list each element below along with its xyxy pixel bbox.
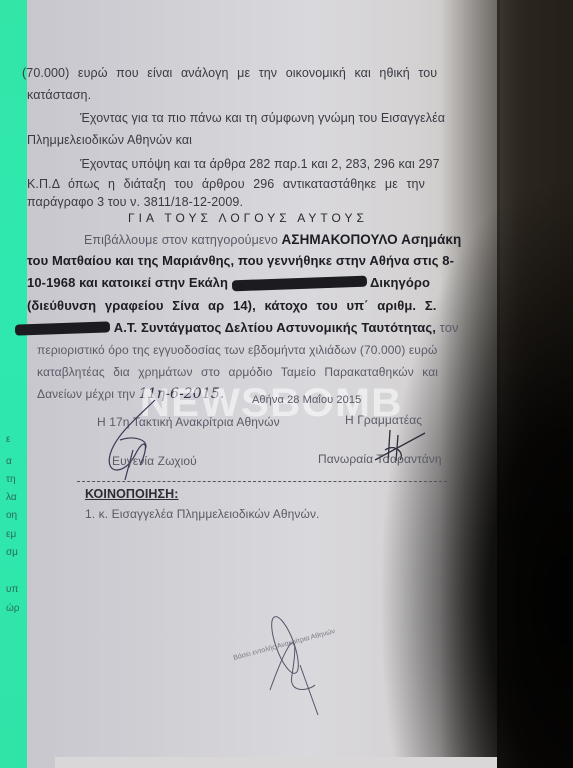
- order-tail: τον: [440, 320, 459, 335]
- strip-fragment: σμ: [6, 548, 18, 558]
- paragraph-line: Έχοντας για τα πιο πάνω και τη σύμφωνη γ…: [80, 111, 445, 125]
- id-card-text: Α.Τ. Συντάγματος Δελτίου Αστυνομικής Ταυ…: [114, 320, 436, 335]
- judge-name: Ευγενία Ζωχιού: [112, 454, 197, 468]
- defendant-name: ΑΣΗΜΑΚΟΠΟΥΛΟ Ασημάκη: [282, 232, 462, 247]
- order-line: του Ματθαίου και της Μαριάνθης, που γενν…: [27, 253, 454, 268]
- redaction-mark: [232, 276, 367, 292]
- order-line: Επιβάλλουμε στον κατηγορούμενο ΑΣΗΜΑΚΟΠΟ…: [84, 232, 461, 247]
- strip-fragment: λα: [6, 493, 17, 503]
- order-line: 10-1968 και κατοικεί στην Εκάλη Δικηγόρο: [27, 275, 430, 290]
- strip-fragment: ώρ: [6, 604, 20, 614]
- stamp-text: Βάσει εντολής Ανακρίτρια Αθηνών: [232, 627, 336, 662]
- strip-fragment: ε: [6, 435, 10, 445]
- paragraph-line: κατάσταση.: [27, 88, 91, 102]
- place-date: Αθήνα 28 Μαΐου 2015: [252, 394, 361, 406]
- redaction-mark: [15, 321, 110, 335]
- background-dark: [497, 0, 573, 768]
- order-line: (διεύθυνση γραφείου Σίνα αρ 14), κάτοχο …: [27, 298, 436, 313]
- paragraph-line: Πλημμελειοδικών Αθηνών και: [27, 133, 192, 147]
- judge-signature: [95, 395, 185, 485]
- order-line: περιοριστικό όρο της εγγυοδοσίας των εβδ…: [37, 343, 437, 357]
- strip-fragment: α: [6, 457, 12, 467]
- order-line: Α.Τ. Συντάγματος Δελτίου Αστυνομικής Ταυ…: [15, 320, 459, 335]
- page-shadow: [440, 0, 500, 768]
- strip-fragment: οη: [6, 511, 17, 521]
- strip-fragment: υπ: [6, 585, 18, 595]
- notification-title: ΚΟΙΝΟΠΟΙΗΣΗ:: [85, 487, 179, 501]
- adjacent-page-strip: ε α τη λα οη εμ σμ υπ ώρ: [0, 0, 27, 768]
- paragraph-line: Κ.Π.Δ όπως η διάταξη του άρθρου 296 αντι…: [27, 177, 425, 191]
- official-stamp: Βάσει εντολής Ανακρίτρια Αθηνών: [230, 605, 350, 715]
- notification-item: 1. κ. Εισαγγελέα Πλημμελειοδικών Αθηνών.: [85, 507, 320, 521]
- clerk-name: Πανωραία Τσαραντάνη: [318, 452, 442, 466]
- paragraph-line: παράγραφο 3 του ν. 3811/18-12-2009.: [27, 195, 243, 209]
- section-heading: ΓΙΑ ΤΟΥΣ ΛΟΓΟΥΣ ΑΥΤΟΥΣ: [128, 211, 368, 225]
- order-line: καταβλητέας δια χρημάτων στο αρμόδιο Ταμ…: [37, 365, 438, 379]
- separator-line: [77, 481, 447, 482]
- strip-fragment: εμ: [6, 530, 16, 540]
- residence-text: 10-1968 και κατοικεί στην Εκάλη: [27, 275, 228, 290]
- paragraph-line: (70.000) ευρώ που είναι ανάλογη με την ο…: [22, 66, 437, 80]
- profession-text: Δικηγόρο: [370, 275, 430, 290]
- page-bottom-edge: [55, 757, 497, 768]
- strip-fragment: τη: [6, 475, 16, 485]
- order-prefix: Επιβάλλουμε στον κατηγορούμενο: [84, 233, 278, 247]
- paragraph-line: Έχοντας υπόψη και τα άρθρα 282 παρ.1 και…: [80, 157, 440, 171]
